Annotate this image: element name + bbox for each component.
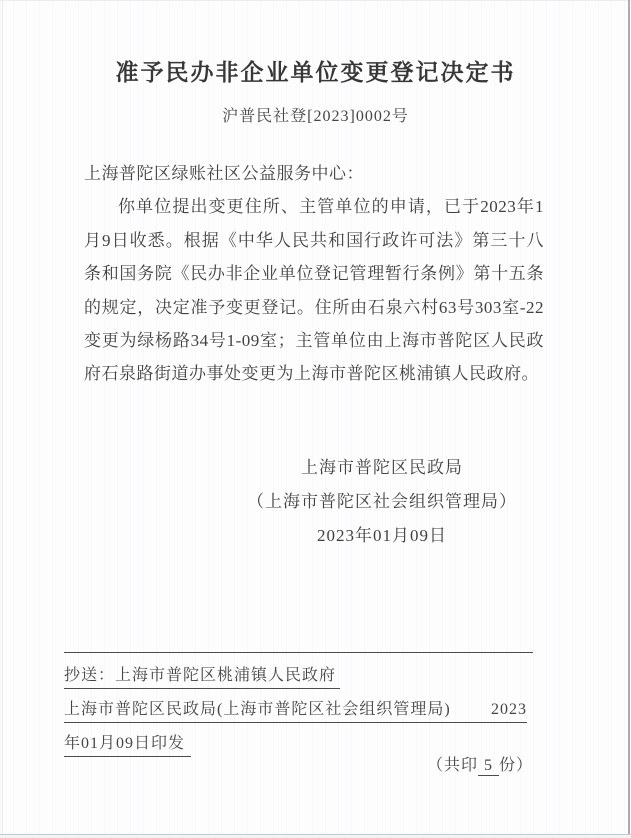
document-body: 上海普陀区绿账社区公益服务中心： 你单位提出变更住所、主管单位的申请，已于202… (84, 157, 544, 391)
signature-organization-alt: （上海市普陀区社会组织管理局） (172, 485, 592, 519)
cc-line: 抄送：上海市普陀区桃浦镇人民政府 (64, 662, 340, 689)
issuer-line: 上海市普陀区民政局(上海市普陀区社会组织管理局) 2023 (64, 696, 527, 723)
decision-paragraph: 你单位提出变更住所、主管单位的申请，已于2023年1月9日收悉。根据《中华人民共… (84, 190, 544, 390)
signature-organization: 上海市普陀区民政局 (172, 451, 592, 485)
scanned-official-document: 准予民办非企业单位变更登记决定书 沪普民社登[2023]0002号 上海普陀区绿… (0, 0, 631, 838)
document-title: 准予民办非企业单位变更登记决定书 (0, 54, 631, 87)
issue-year: 2023 (491, 701, 527, 719)
document-reference-number: 沪普民社登[2023]0002号 (0, 103, 631, 126)
copies-prefix: （共印 (427, 757, 478, 774)
scan-edge-top (0, 0, 631, 1)
copies-suffix: 份） (499, 757, 533, 774)
copies-count: 5 (478, 757, 499, 776)
footer-divider-line (64, 652, 533, 653)
print-date-line: 年01月09日印发 (64, 730, 191, 757)
issuer-name: 上海市普陀区民政局(上海市普陀区社会组织管理局) (64, 696, 451, 719)
signature-block: 上海市普陀区民政局 （上海市普陀区社会组织管理局） 2023年01月09日 (172, 451, 592, 553)
copies-note: （共印5份） (427, 752, 533, 776)
addressee-line: 上海普陀区绿账社区公益服务中心： (84, 157, 544, 190)
signature-date: 2023年01月09日 (172, 519, 592, 553)
